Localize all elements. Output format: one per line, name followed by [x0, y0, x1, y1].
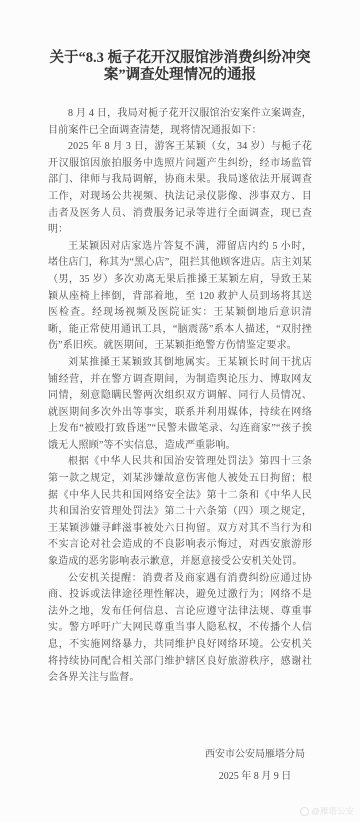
watermark-text: @雁塔公安 — [311, 805, 354, 817]
notice-paragraph: 8 月 4 日，我局对栀子花开汉服馆治安案件立案调查，目前案件已全面调查清楚，现… — [48, 106, 312, 139]
signature-block: 西安市公安局雁塔分局 2025 年 8 月 9 日 — [0, 747, 360, 784]
notice-title: 关于“8.3 栀子花开汉服馆涉消费纠纷冲突案”调查处理情况的通报 — [41, 0, 319, 84]
notice-paragraph: 根据《中华人民共和国治安管理处罚法》第四十三条第一款之规定，刘某涉嫌故意伤害他人… — [48, 454, 312, 570]
notice-paragraph: 刘某推搡王某颖致其倒地属实。王某颖长时间干扰店铺经营，并在警方调查期间，为制造舆… — [48, 355, 312, 455]
notice-paragraph: 2025 年 8 月 3 日，游客王某颖（女，34 岁）与栀子花开汉服馆因旅拍服… — [48, 139, 312, 239]
issue-date: 2025 年 8 月 9 日 — [219, 769, 292, 784]
weibo-logo-icon — [300, 807, 309, 816]
notice-paragraph: 王某颖因对店家选片答复不满，滞留店内约 5 小时，堵住店门，称其为“黑心店”，阻… — [48, 239, 312, 355]
weibo-watermark: @雁塔公安 — [300, 805, 354, 817]
notice-body: 8 月 4 日，我局对栀子花开汉服馆治安案件立案调查，目前案件已全面调查清楚，现… — [48, 106, 312, 687]
issuing-authority: 西安市公安局雁塔分局 — [205, 747, 305, 762]
notice-paragraph: 公安机关提醒：消费者及商家遇有消费纠纷应通过协商、投诉或法律途径理性解决，避免过… — [48, 571, 312, 687]
notice-page: 关于“8.3 栀子花开汉服馆涉消费纠纷冲突案”调查处理情况的通报 8 月 4 日… — [0, 0, 360, 822]
